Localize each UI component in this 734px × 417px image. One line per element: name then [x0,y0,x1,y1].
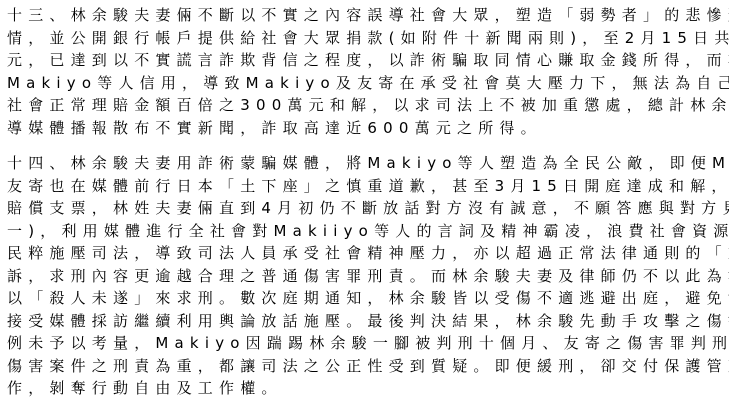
paragraph-item-14: 十四、林余駿夫妻用詐術蒙騙媒體，將Makiyo等人塑造為全民公敵，即便Makiy… [7,152,729,400]
paragraph-item-13: 十三、林余駿夫妻倆不斷以不實之內容誤導社會大眾，塑造「弱勢者」的悲慘形象，引發社… [7,4,729,139]
text-line: Makiyo等人信用，導致Makiyo及友寄在承受社會莫大壓力下，無法為自己辯白… [7,72,729,95]
paragraph-spacer [7,139,729,152]
text-line: 十四、林余駿夫妻用詐術蒙騙媒體，將Makiyo等人塑造為全民公敵，即便Makiy… [7,152,729,175]
text-line: 訴，求刑內容更逾越合理之普通傷害罪刑責。而林余駿夫妻及律師仍不以此為滿足，不斷放… [7,265,729,288]
text-line: 例未予以考量，Makiyo因踹踢林余駿一腳被判刑十個月、友寄之傷害罪判刑一年也較… [7,332,729,355]
text-line: 一)，利用媒體進行全社會對Makiiyo等人的言詞及精神霸凌，浪費社會資源並扭曲… [7,220,729,243]
text-line: 元，已達到以不實謊言詐欺背信之程度，以詐術騙取同情心賺取金錢所得，而亦散布流言來… [7,49,729,72]
text-line: 十三、林余駿夫妻倆不斷以不實之內容誤導社會大眾，塑造「弱勢者」的悲慘形象，引發社… [7,4,729,27]
text-line: 作，剝奪行動自由及工作權。 [7,377,729,400]
document-body: 十三、林余駿夫妻倆不斷以不實之內容誤導社會大眾，塑造「弱勢者」的悲慘形象，引發社… [7,4,729,400]
text-line: 社會正常理賠金額百倍之300萬元和解，以求司法上不被加重懲處，總計林余駿夫妻倆用… [7,94,729,117]
text-line: 民粹施壓司法，導致司法人員承受社會精神壓力，亦以超過正常法律通則的「重傷害罪未遂… [7,242,729,265]
text-line: 傷害案件之刑責為重，都讓司法之公正性受到質疑。即便緩刑，卻交付保護管束，無法出境… [7,355,729,378]
text-line: 接受媒體採訪繼續利用輿論放話施壓。最後判決結果，林余駿先動手攻擊之傷害行為責任分… [7,310,729,333]
text-line: 導媒體播報散布不實新聞，詐取高達近600萬元之所得。 [7,117,729,140]
text-line: 情，並公開銀行帳戶提供給社會大眾捐款(如附件十新聞兩則)，至2月15日共募得資金… [7,27,729,50]
text-line: 賠償支票，林姓夫妻倆直到4月初仍不斷放話對方沒有誠意，不願答應與對方見面(如附件… [7,197,729,220]
text-line: 友寄也在媒體前行日本「土下座」之慎重道歉，甚至3月15日開庭達成和解，隔日立刻交… [7,175,729,198]
text-line: 以「殺人未遂」來求刑。數次庭期通知，林余駿皆以受傷不適逃避出庭，避免當庭對質，林… [7,287,729,310]
